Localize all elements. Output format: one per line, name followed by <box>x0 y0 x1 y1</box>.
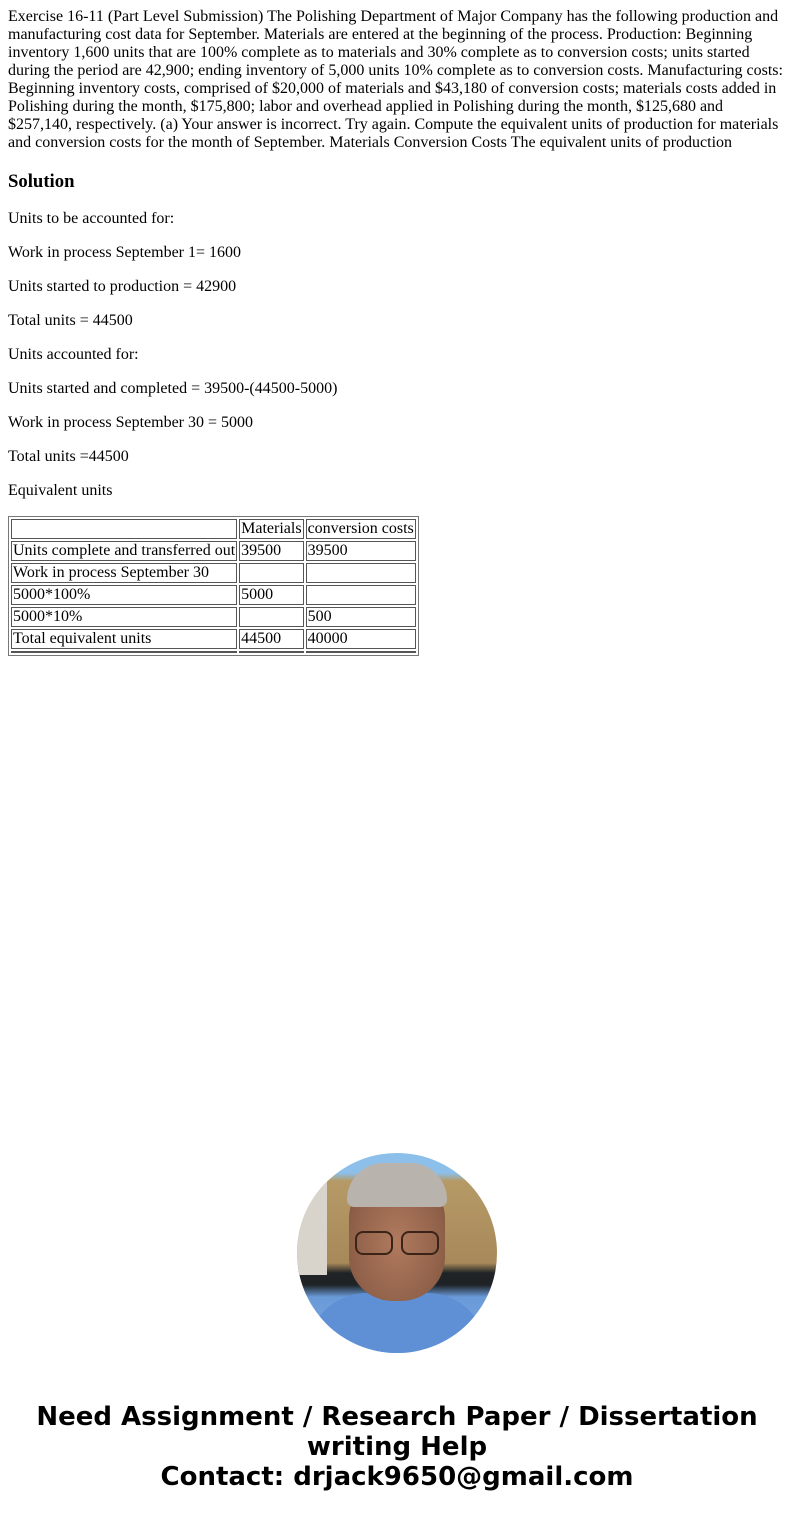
question-text: Exercise 16-11 (Part Level Submission) T… <box>8 8 786 152</box>
contact-banner: Need Assignment / Research Paper / Disse… <box>0 1402 794 1492</box>
table-row-empty <box>11 651 416 653</box>
table-cell: 40000 <box>306 629 416 649</box>
avatar-shirt <box>307 1293 487 1353</box>
table-cell: 44500 <box>239 629 303 649</box>
table-cell: 5000 <box>239 585 303 605</box>
table-row: 5000*100% 5000 <box>11 585 416 605</box>
table-cell: Work in process September 30 <box>11 563 237 583</box>
solution-line: Equivalent units <box>8 482 786 500</box>
solution-line: Total units =44500 <box>8 448 786 466</box>
avatar-hair <box>347 1163 447 1207</box>
table-cell: 5000*100% <box>11 585 237 605</box>
table-row: Work in process September 30 <box>11 563 416 583</box>
table-cell: 5000*10% <box>11 607 237 627</box>
table-cell <box>306 585 416 605</box>
solution-line: Total units = 44500 <box>8 312 786 330</box>
glasses-icon <box>401 1231 439 1255</box>
solution-line: Units started to production = 42900 <box>8 278 786 296</box>
table-cell: Total equivalent units <box>11 629 237 649</box>
banner-line: writing Help <box>0 1432 794 1462</box>
avatar-background <box>297 1175 327 1275</box>
table-header-row: Materials conversion costs <box>11 519 416 539</box>
table-cell <box>239 651 303 653</box>
table-cell <box>306 563 416 583</box>
solution-heading: Solution <box>8 170 786 194</box>
table-row: Total equivalent units 44500 40000 <box>11 629 416 649</box>
table-header-cell <box>11 519 237 539</box>
solution-line: Units to be accounted for: <box>8 210 786 228</box>
page-content: Exercise 16-11 (Part Level Submission) T… <box>0 0 794 656</box>
table-cell <box>239 607 303 627</box>
solution-line: Units accounted for: <box>8 346 786 364</box>
author-avatar-photo <box>297 1153 497 1353</box>
table-cell: Units complete and transferred out <box>11 541 237 561</box>
solution-line: Work in process September 1= 1600 <box>8 244 786 262</box>
solution-line: Units started and completed = 39500-(445… <box>8 380 786 398</box>
table-row: Units complete and transferred out 39500… <box>11 541 416 561</box>
table-row: 5000*10% 500 <box>11 607 416 627</box>
table-cell <box>306 651 416 653</box>
table-header-cell: Materials <box>239 519 303 539</box>
banner-line: Need Assignment / Research Paper / Disse… <box>0 1402 794 1432</box>
glasses-icon <box>355 1231 393 1255</box>
table-cell <box>11 651 237 653</box>
table-header-cell: conversion costs <box>306 519 416 539</box>
equivalent-units-table: Materials conversion costs Units complet… <box>8 516 419 656</box>
table-cell: 39500 <box>306 541 416 561</box>
solution-line: Work in process September 30 = 5000 <box>8 414 786 432</box>
table-cell: 500 <box>306 607 416 627</box>
contact-email: Contact: drjack9650@gmail.com <box>0 1462 794 1492</box>
table-cell: 39500 <box>239 541 303 561</box>
table-cell <box>239 563 303 583</box>
